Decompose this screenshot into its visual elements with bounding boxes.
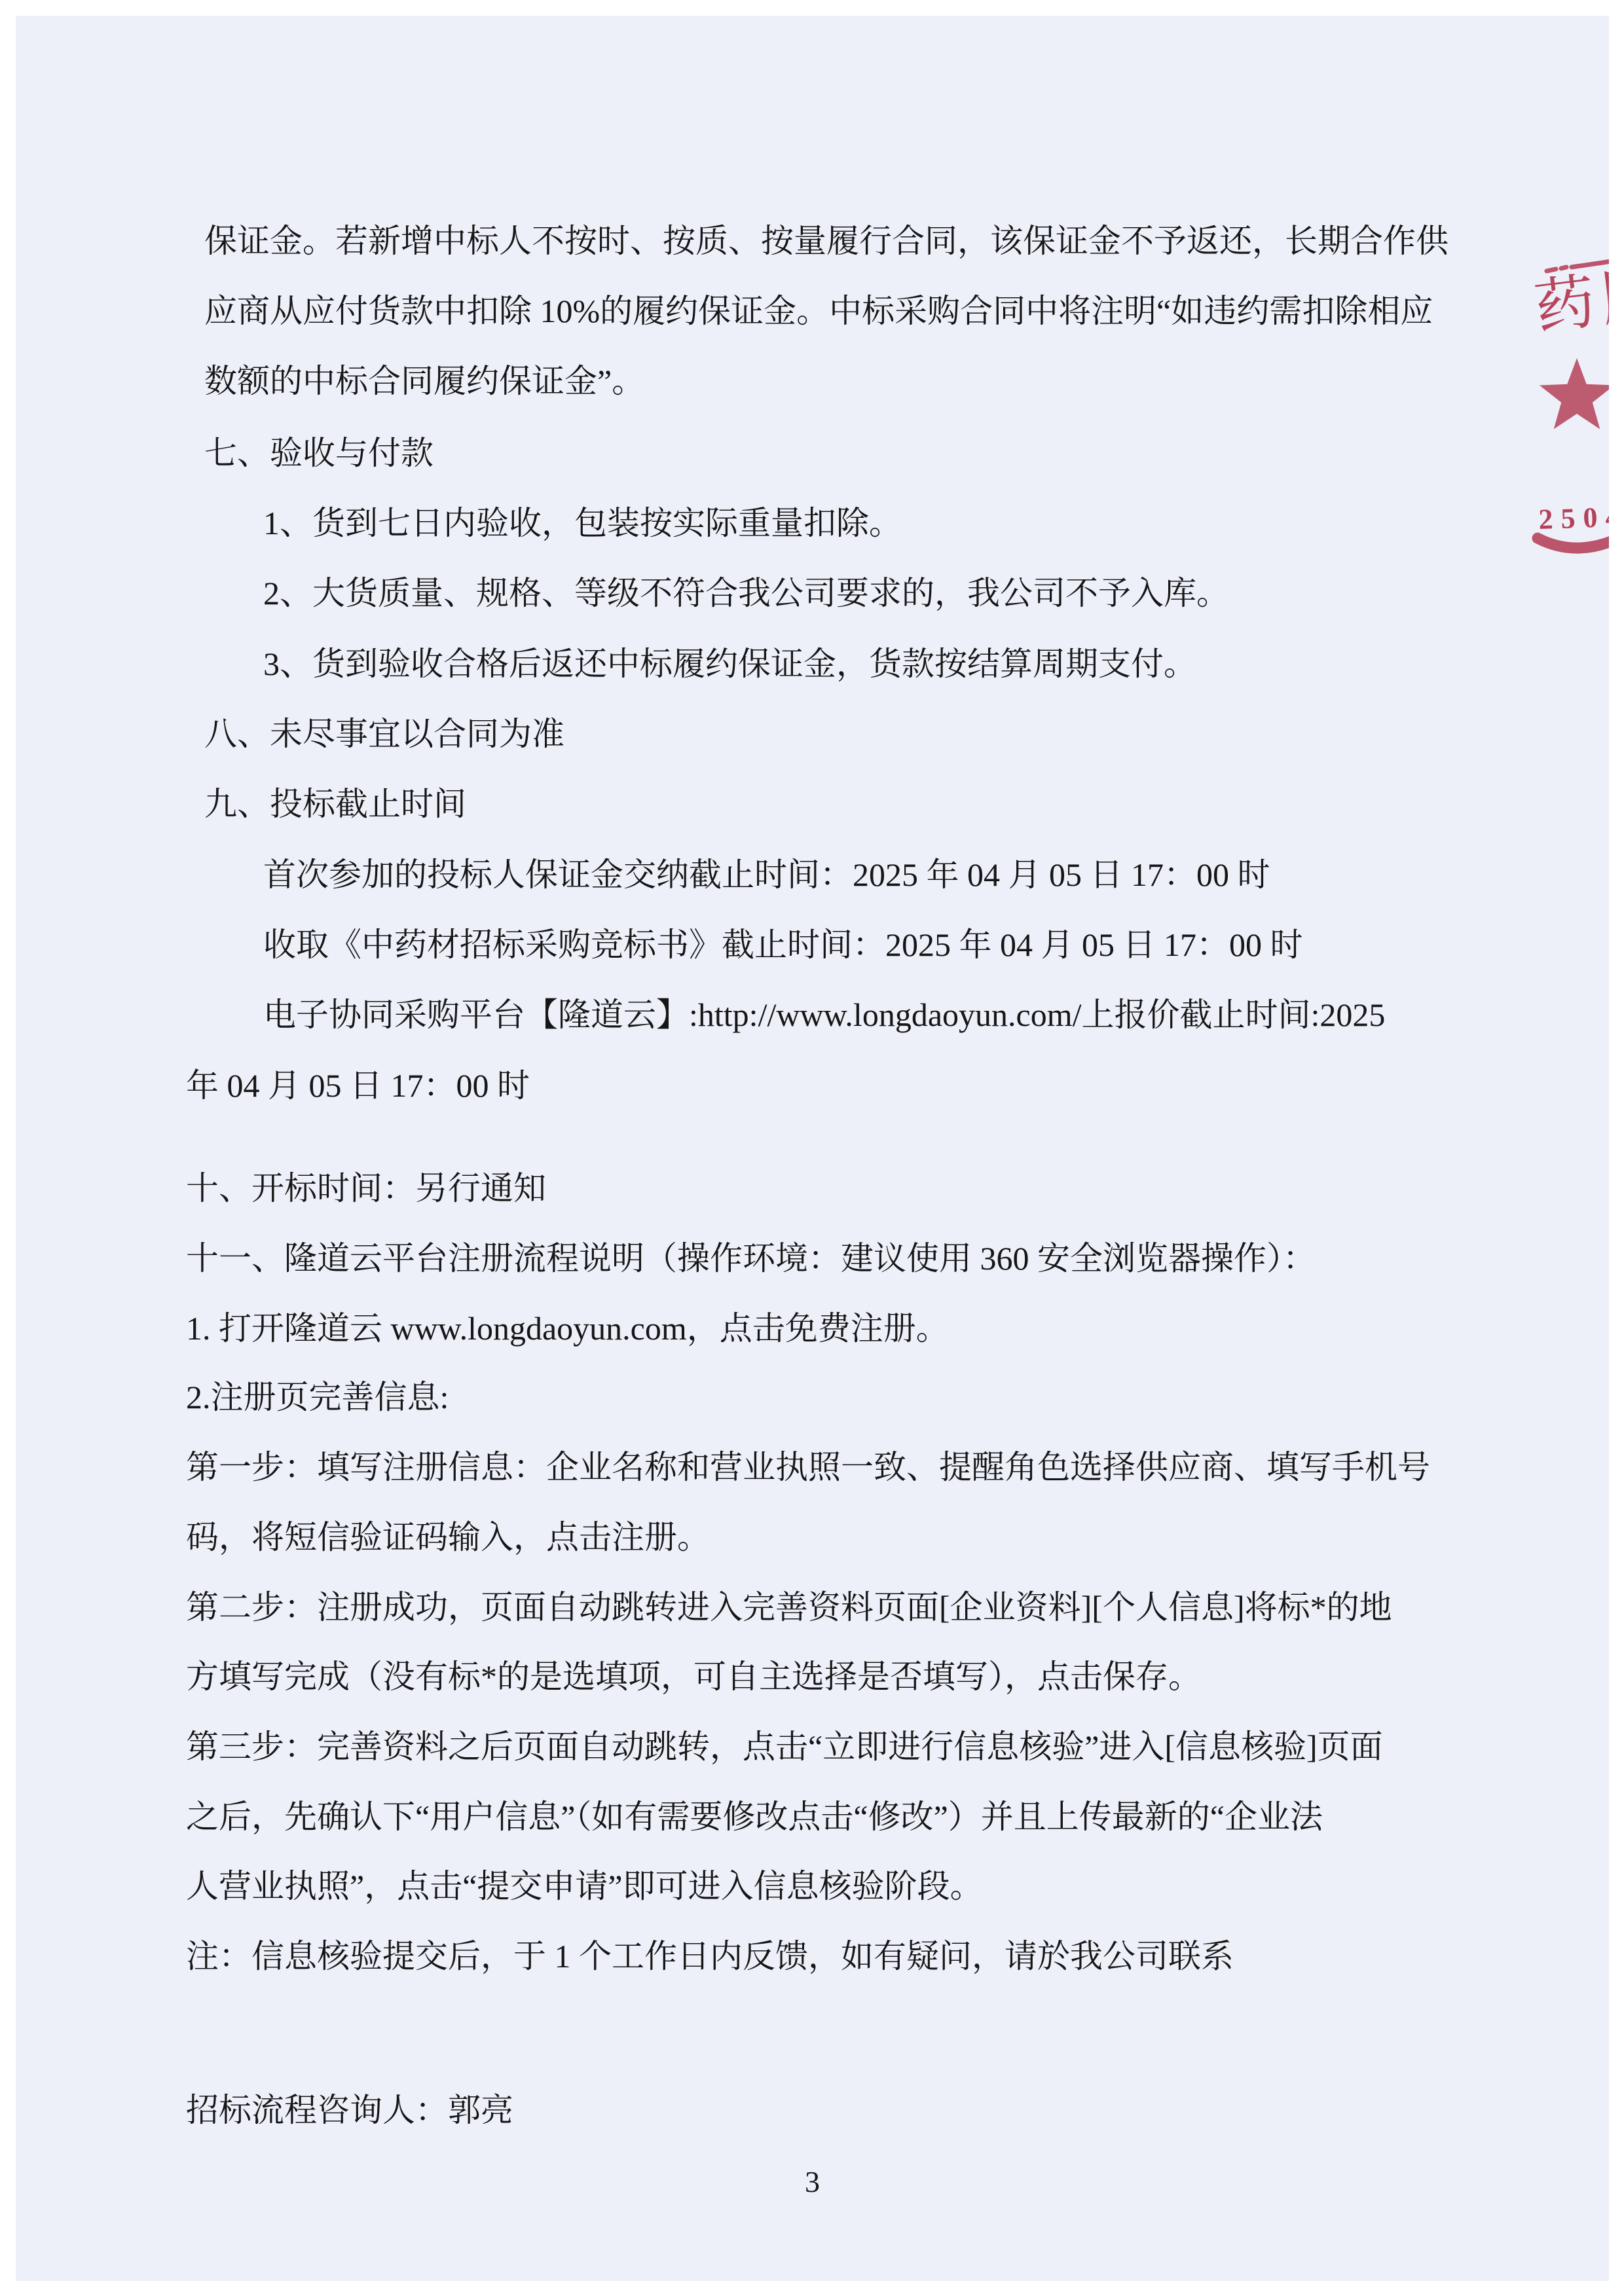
page-number: 3 — [16, 2164, 1609, 2199]
seal-partial-text: 药股 — [1531, 259, 1609, 342]
scanned-page: 保证金。若新增中标人不按时、按质、按量履行合同，该保证金不予返还，长期合作供应商… — [16, 16, 1609, 2281]
document-line: 1、货到七日内验收，包装按实际重量扣除。 — [263, 505, 902, 541]
document-line: 码，将短信验证码输入，点击注册。 — [186, 1519, 710, 1556]
seal-number: 2504 — [1538, 500, 1609, 536]
document-line: 年 04 月 05 日 17：00 时 — [186, 1067, 530, 1104]
document-line: 第三步：完善资料之后页面自动跳转，点击“立即进行信息核验”进入[信息核验]页面 — [186, 1728, 1383, 1765]
document-line: 2.注册页完善信息: — [186, 1379, 449, 1415]
document-line: 第二步：注册成功，页面自动跳转进入完善资料页面[企业资料][个人信息]将标*的地 — [186, 1589, 1392, 1626]
document-line: 七、验收与付款 — [204, 435, 434, 471]
document-line: 数额的中标合同履约保证金”。 — [204, 363, 644, 399]
document-line: 2、大货质量、规格、等级不符合我公司要求的，我公司不予入库。 — [263, 575, 1229, 611]
document-line: 方填写完成（没有标*的是选填项，可自主选择是否填写），点击保存。 — [186, 1658, 1201, 1695]
seal-star-icon — [1540, 358, 1609, 429]
document-line: 电子协同采购平台【隆道云】:http://www.longdaoyun.com/… — [263, 996, 1385, 1033]
document-line: 应商从应付货款中扣除 10%的履约保证金。中标采购合同中将注明“如违约需扣除相应 — [204, 293, 1433, 329]
document-line: 保证金。若新增中标人不按时、按质、按量履行合同，该保证金不予返还，长期合作供 — [204, 223, 1449, 259]
document-line: 十、开标时间：另行通知 — [186, 1170, 546, 1207]
document-line: 招标流程咨询人：郭亮 — [186, 2092, 513, 2128]
document-line: 人营业执照”，点击“提交申请”即可进入信息核验阶段。 — [186, 1868, 983, 1904]
document-line: 注：信息核验提交后，于 1 个工作日内反馈，如有疑问，请於我公司联系 — [186, 1938, 1234, 1975]
document-line: 首次参加的投标人保证金交纳截止时间：2025 年 04 月 05 日 17：00… — [263, 856, 1270, 893]
document-line: 收取《中药材招标采购竞标书》截止时间：2025 年 04 月 05 日 17：0… — [263, 926, 1303, 963]
document-line: 之后，先确认下“用户信息”（如有需要修改点击“修改”）并且上传最新的“企业法 — [186, 1798, 1323, 1835]
document-line: 八、未尽事宜以合同为准 — [204, 716, 564, 752]
document-line: 九、投标截止时间 — [204, 786, 466, 822]
document-line: 1. 打开隆道云 www.longdaoyun.com，点击免费注册。 — [186, 1310, 949, 1347]
document-line: 第一步：填写注册信息：企业名称和营业执照一致、提醒角色选择供应商、填写手机号 — [186, 1449, 1430, 1485]
document-line: 十一、隆道云平台注册流程说明（操作环境：建议使用 360 安全浏览器操作）： — [186, 1240, 1316, 1277]
document-line: 3、货到验收合格后返还中标履约保证金，货款按结算周期支付。 — [263, 646, 1196, 682]
company-seal-stamp: 药股 2504 — [1532, 216, 1609, 583]
